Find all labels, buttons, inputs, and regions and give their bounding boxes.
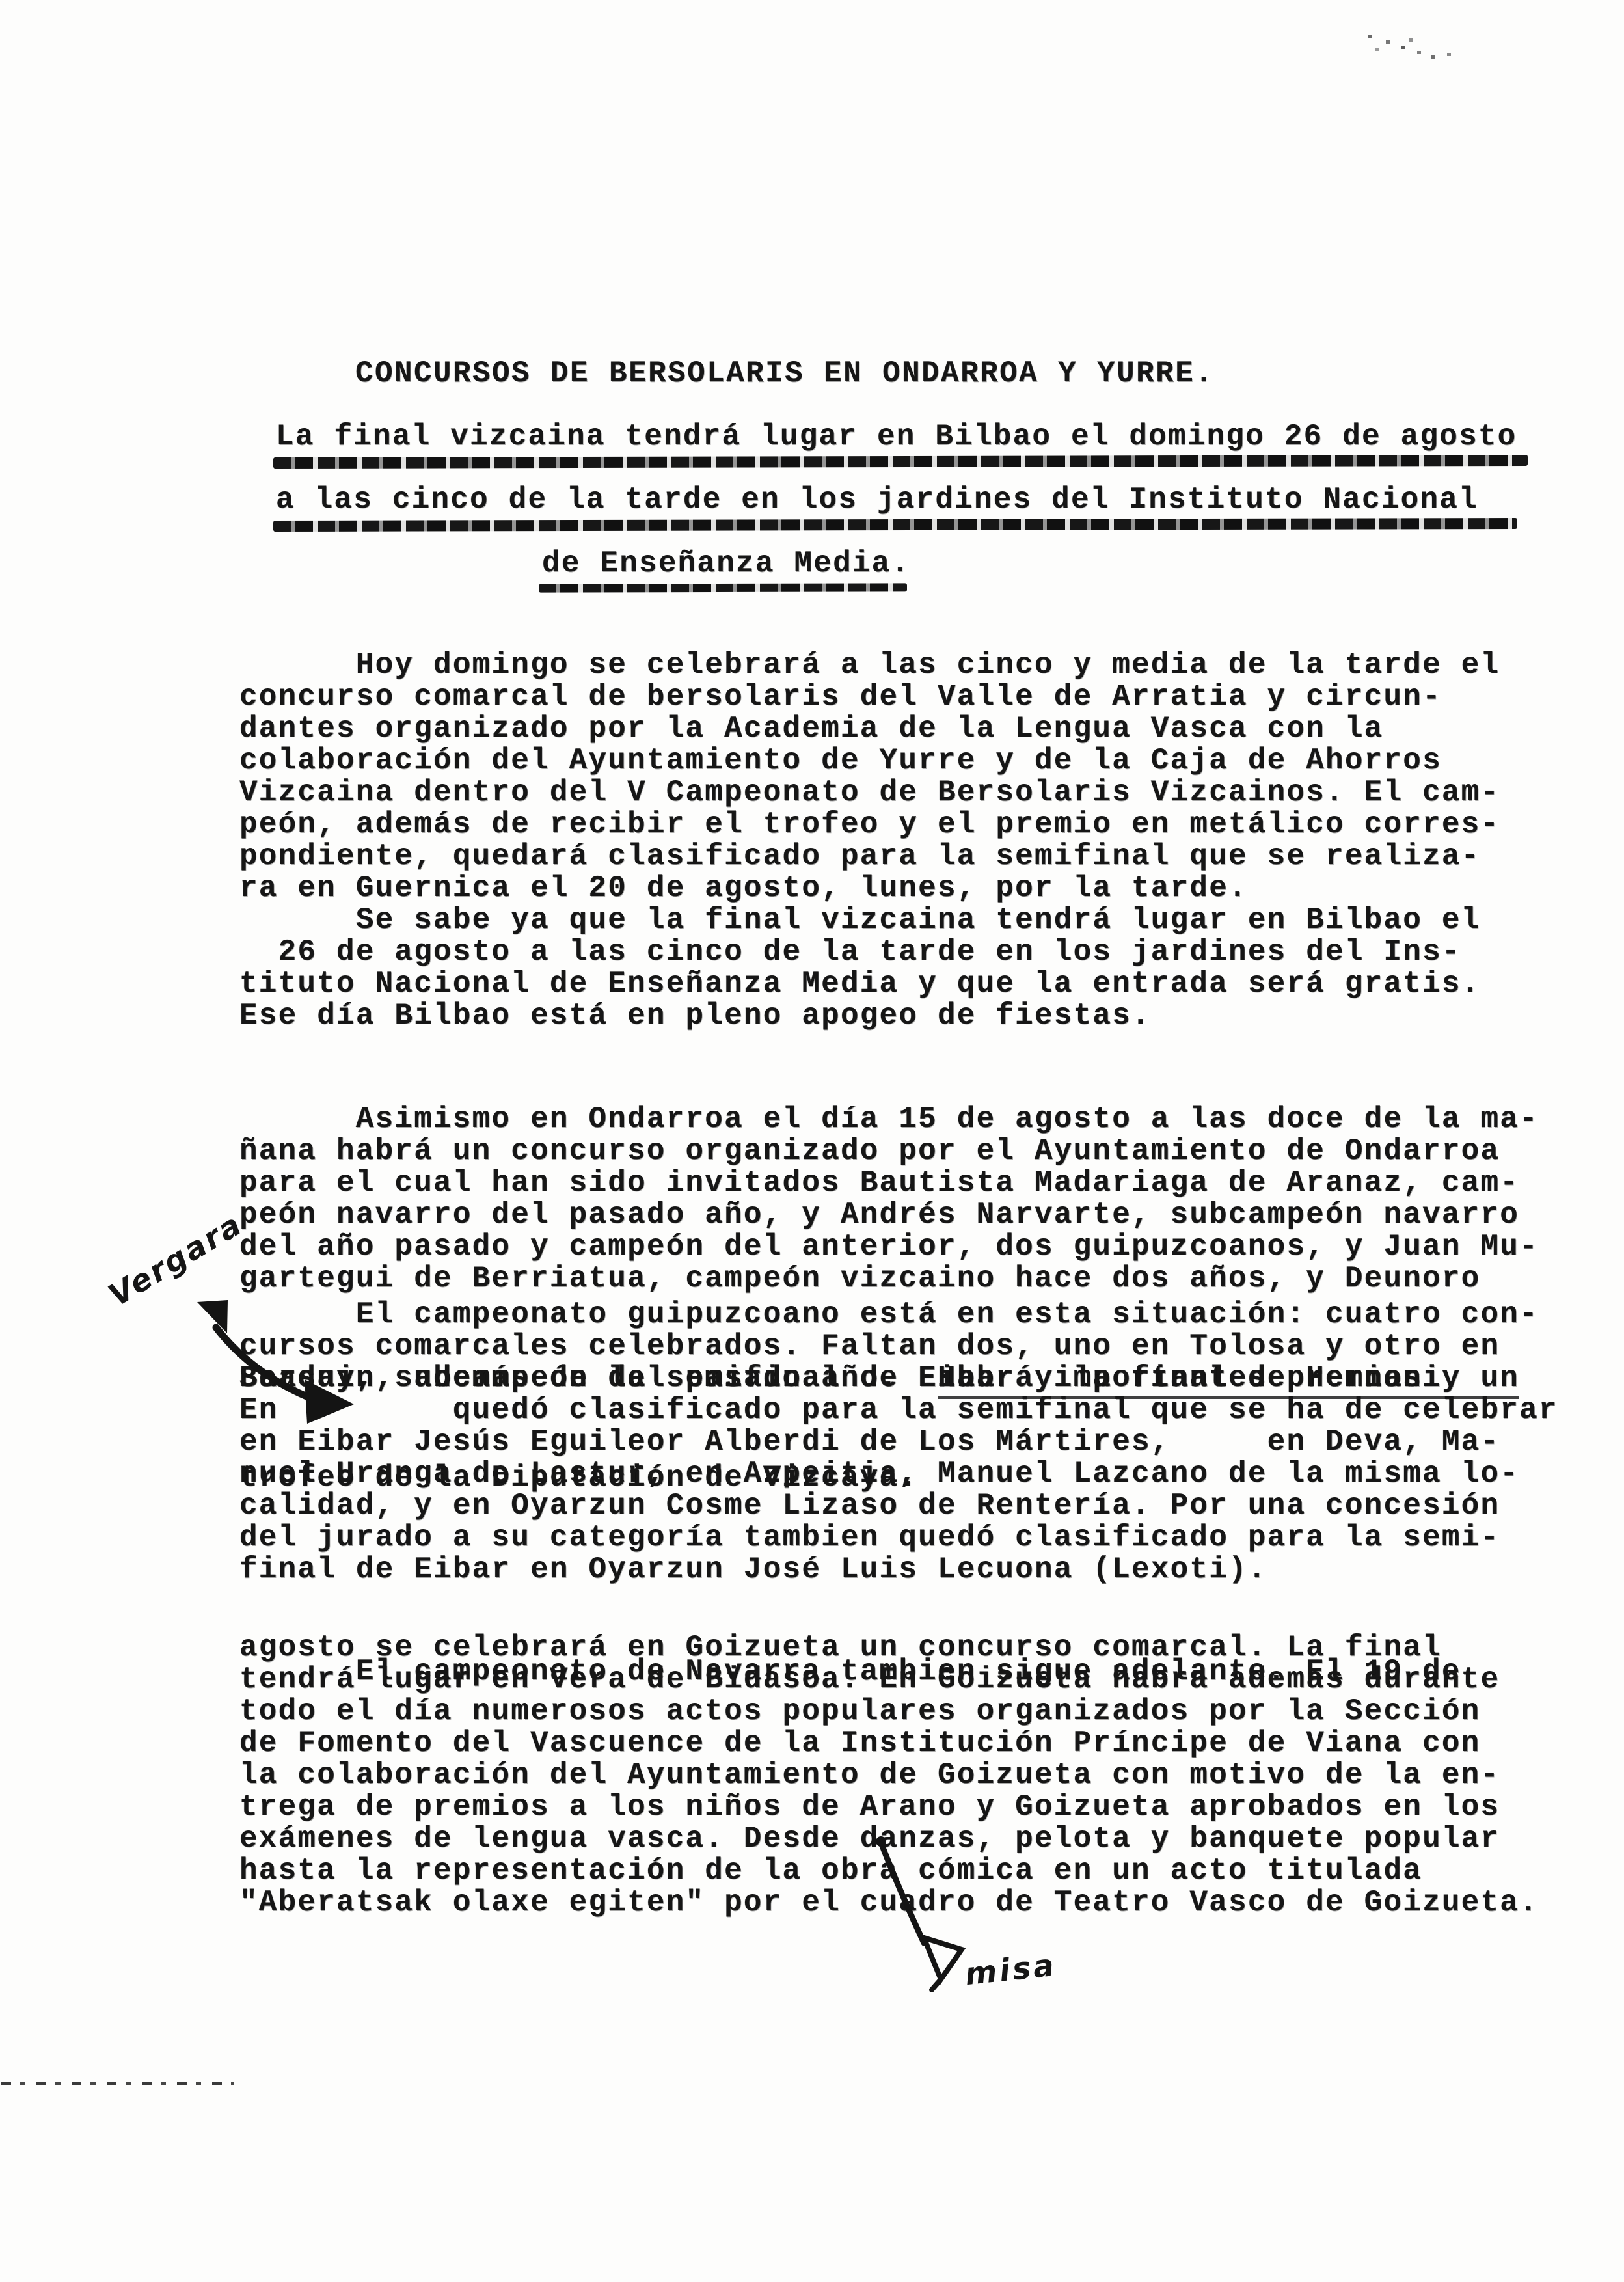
typed-line: calidad, y en Oyarzun Cosme Lizaso de Re… bbox=[239, 1490, 1558, 1522]
typed-line: 26 de agosto a las cinco de la tarde en … bbox=[239, 936, 1481, 968]
typed-line: en Eibar Jesús Eguileor Alberdi de Los M… bbox=[239, 1426, 1558, 1458]
typed-line: todo el día numerosos actos populares or… bbox=[239, 1696, 1539, 1728]
typed-paragraph-5-continued: agosto se celebrará en Goizueta un concu… bbox=[239, 1632, 1539, 1919]
typed-line: ra en Guernica el 20 de agosto, lunes, p… bbox=[239, 873, 1500, 904]
typed-line: de Fomento del Vascuence de la Instituci… bbox=[239, 1728, 1539, 1759]
typed-line: cursos comarcales celebrados. Faltan dos… bbox=[239, 1331, 1558, 1363]
typed-line: del jurado a su categoría tambien quedó … bbox=[239, 1522, 1558, 1554]
typed-line: dantes organizado por la Academia de la … bbox=[239, 713, 1500, 745]
typed-line: "Aberatsak olaxe egiten" por el cuadro d… bbox=[239, 1887, 1539, 1919]
handwritten-note-vergara: Vergara bbox=[103, 1206, 249, 1314]
typed-line: agosto se celebrará en Goizueta un concu… bbox=[239, 1632, 1539, 1664]
article-title: CONCURSOS DE BERSOLARIS EN ONDARROA Y YU… bbox=[355, 357, 1214, 390]
typed-line: ñana habrá un concurso organizado por el… bbox=[239, 1135, 1539, 1167]
typed-line: Hoy domingo se celebrará a las cinco y m… bbox=[239, 649, 1500, 681]
typed-line: pondiente, quedará clasificado para la s… bbox=[239, 841, 1500, 873]
typed-line: trega de premios a los niños de Arano y … bbox=[239, 1791, 1539, 1823]
headline-line-2: a las cinco de la tarde en los jardines … bbox=[276, 483, 1478, 517]
typed-line: del año pasado y campeón del anterior, d… bbox=[239, 1231, 1539, 1263]
typed-line: Vizcaina dentro del V Campeonato de Bers… bbox=[239, 777, 1500, 809]
headline-underline-2 bbox=[273, 518, 1517, 532]
headline-line-1: La final vizcaina tendrá lugar en Bilbao… bbox=[276, 420, 1517, 454]
scan-artifact-dashes bbox=[1, 2082, 234, 2085]
typed-line: colaboración del Ayuntamiento de Yurre y… bbox=[239, 745, 1500, 777]
scan-noise-specks bbox=[1368, 35, 1372, 38]
typed-line: Asimismo en Ondarroa el día 15 de agosto… bbox=[239, 1104, 1539, 1135]
typed-line: peón navarro del pasado año, y Andrés Na… bbox=[239, 1199, 1539, 1231]
document-page: CONCURSOS DE BERSOLARIS EN ONDARROA Y YU… bbox=[0, 0, 1624, 2282]
typed-line: nuel Uranga de Lastur, en Azpeitia, Manu… bbox=[239, 1458, 1558, 1490]
typed-line: exámenes de lengua vasca. Desde danzas, … bbox=[239, 1823, 1539, 1855]
headline-line-3: de Enseñanza Media. bbox=[542, 547, 910, 580]
typed-paragraph-2: Se sabe ya que la final vizcaina tendrá … bbox=[239, 904, 1481, 1032]
typed-line: gartegui de Berriatua, campeón vizcaino … bbox=[239, 1263, 1539, 1295]
typed-line: Se sabe ya que la final vizcaina tendrá … bbox=[239, 904, 1481, 936]
typed-line: Beasain, además de la semifinal de Eibar… bbox=[239, 1363, 1558, 1394]
typed-line: El campeonato guipuzcoano está en esta s… bbox=[239, 1299, 1558, 1331]
headline-underline-3 bbox=[539, 583, 907, 592]
typed-line: En quedó clasificado para la semifinal q… bbox=[239, 1394, 1558, 1426]
typed-line: hasta la representación de la obra cómic… bbox=[239, 1855, 1539, 1887]
typed-paragraph-1: Hoy domingo se celebrará a las cinco y m… bbox=[239, 649, 1500, 904]
typed-paragraph-4: El campeonato guipuzcoano está en esta s… bbox=[239, 1299, 1558, 1586]
handwritten-note-misa: misa bbox=[964, 1948, 1059, 1992]
typed-line: para el cual han sido invitados Bautista… bbox=[239, 1167, 1539, 1199]
typed-line: peón, además de recibir el trofeo y el p… bbox=[239, 809, 1500, 841]
typed-line: concurso comarcal de bersolaris del Vall… bbox=[239, 681, 1500, 713]
typed-line: final de Eibar en Oyarzun José Luis Lecu… bbox=[239, 1554, 1558, 1586]
typed-line: tendrá lugar en Vera de Bidasoa. En Goiz… bbox=[239, 1664, 1539, 1696]
typed-line: Ese día Bilbao está en pleno apogeo de f… bbox=[239, 1000, 1481, 1032]
typed-line: la colaboración del Ayuntamiento de Goiz… bbox=[239, 1759, 1539, 1791]
headline-underline-1 bbox=[273, 455, 1528, 469]
typed-line: tituto Nacional de Enseñanza Media y que… bbox=[239, 968, 1481, 1000]
